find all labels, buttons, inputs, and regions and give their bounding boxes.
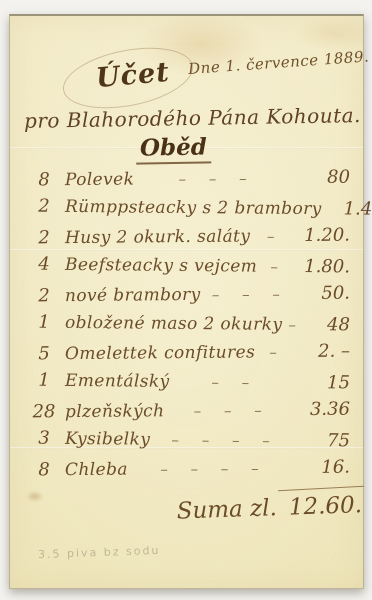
item-qty: 3 (28, 428, 60, 449)
item-dashes: – (250, 227, 300, 245)
item-qty: 1 (28, 312, 60, 333)
item-price: 48 (300, 314, 350, 335)
line-item-row: 1 Ementálský – – 15 (28, 366, 350, 398)
item-dashes: – – – (200, 285, 300, 304)
line-item-row: 8 Polevek – – – 80 (28, 163, 350, 195)
recipient-line: pro Blahorodého Pána Kohouta. (24, 103, 358, 133)
item-dashes: – (255, 343, 300, 361)
item-name: Omelettek confitures (65, 342, 255, 364)
document-title-group: Účet (62, 50, 194, 108)
item-price: 75 (300, 430, 350, 451)
item-dashes: – (257, 257, 300, 275)
item-name: plzeňských (65, 401, 165, 422)
total-label: Suma zl. (176, 495, 277, 524)
line-item-row: 28 plzeňských – – – 3.36 (28, 395, 350, 427)
line-item-row: 2 nové brambory – – – 50. (28, 279, 350, 311)
item-price: 2. – (300, 341, 350, 362)
item-dashes: – (282, 315, 300, 333)
item-qty: 8 (28, 169, 60, 190)
item-price: 50. (300, 283, 350, 304)
item-price: 16. (300, 457, 350, 478)
total-line: Suma zl.12.60. (140, 492, 363, 526)
item-dashes: – – – – (128, 459, 300, 479)
line-item-row: 2 Rümppsteacky s 2 brambory 1.40 (28, 192, 350, 224)
item-price: 1.20. (300, 225, 350, 246)
pencil-annotation: 3.5 piva bz sodu (38, 544, 161, 561)
receipt-paper: Účet Dne 1. července 1889. pro Blahorodé… (9, 14, 364, 589)
item-qty: 2 (28, 285, 60, 306)
item-price: 1.80. (300, 256, 350, 277)
item-qty: 4 (28, 254, 60, 275)
item-dashes: – – (170, 372, 301, 391)
item-dashes: – – – – (150, 430, 300, 449)
item-qty: 5 (28, 343, 60, 364)
document-date: Dne 1. července 1889. (188, 48, 361, 78)
line-item-row: 3 Kysibelky – – – – 75 (28, 424, 350, 456)
item-qty: 1 (28, 370, 60, 391)
item-name: Kysibelky (65, 428, 150, 449)
line-item-row: 5 Omelettek confitures – 2. – (28, 337, 350, 369)
item-dashes: – – – (134, 169, 300, 188)
item-price: 3.36 (300, 399, 350, 420)
item-name: Chleba (65, 459, 128, 480)
item-price: 1.40 (334, 198, 372, 219)
line-item-row: 2 Husy 2 okurk. saláty – 1.20. (28, 221, 350, 253)
item-qty: 8 (28, 459, 60, 480)
item-name: Beefsteacky s vejcem (65, 254, 257, 276)
item-name: nové brambory (65, 284, 201, 305)
document-title: Účet (95, 57, 171, 94)
item-price: 80 (300, 167, 350, 188)
line-items-list: 8 Polevek – – – 80 2 Rümppsteacky s 2 br… (28, 164, 350, 483)
line-item-row: 4 Beefsteacky s vejcem – 1.80. (28, 250, 350, 282)
item-qty: 2 (28, 227, 60, 248)
line-item-row: 8 Chleba – – – – 16. (28, 453, 350, 485)
total-rule (278, 486, 364, 491)
item-name: Ementálský (65, 370, 170, 391)
section-heading: Oběd (136, 133, 211, 164)
item-name: Rümppsteacky s 2 brambory (65, 196, 322, 218)
line-item-row: 1 obložené maso 2 okurky – 48 (28, 308, 350, 340)
item-price: 15 (300, 372, 350, 393)
item-dashes: – – – (164, 401, 300, 420)
item-qty: 28 (28, 401, 60, 422)
total-value: 12.60. (288, 492, 362, 521)
item-name: Polevek (65, 169, 134, 190)
item-name: Husy 2 okurk. saláty (65, 226, 250, 248)
item-qty: 2 (28, 196, 60, 217)
item-name: obložené maso 2 okurky (65, 312, 283, 334)
